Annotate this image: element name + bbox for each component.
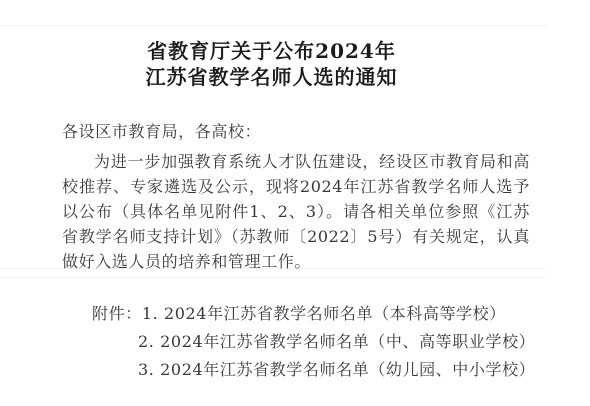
- document-body: 各设区市教育局，各高校： 为进一步加强教育系统人才队伍建设，经设区市教育局和高校…: [62, 121, 530, 274]
- attachment-row: 2. 2024年江苏省教学名师名单（中、高等职业学校）: [92, 328, 532, 356]
- salutation: 各设区市教育局，各高校：: [62, 121, 530, 143]
- attachment-item: 2. 2024年江苏省教学名师名单（中、高等职业学校）: [138, 332, 535, 351]
- document-title-line2: 江苏省教学名师人选的通知: [0, 64, 543, 90]
- document-title-line1: 省教育厅关于公布2024年: [0, 38, 543, 64]
- scan-artifact-line: [0, 277, 545, 278]
- attachments-label: 附件：: [92, 304, 142, 323]
- document-title: 省教育厅关于公布2024年 江苏省教学名师人选的通知: [0, 38, 543, 90]
- attachment-item: 1. 2024年江苏省教学名师名单（本科高等学校）: [142, 304, 506, 323]
- scan-artifact-line: [0, 25, 548, 26]
- attachment-item: 3. 2024年江苏省教学名师名单（幼儿园、中小学校）: [138, 360, 535, 379]
- body-paragraph: 为进一步加强教育系统人才队伍建设，经设区市教育局和高校推荐、专家遴选及公示，现将…: [62, 149, 530, 274]
- attachments-list: 附件：1. 2024年江苏省教学名师名单（本科高等学校） 2. 2024年江苏省…: [92, 300, 532, 384]
- attachment-row: 附件：1. 2024年江苏省教学名师名单（本科高等学校）: [92, 300, 532, 328]
- attachment-row: 3. 2024年江苏省教学名师名单（幼儿园、中小学校）: [92, 356, 532, 384]
- document-page: 省教育厅关于公布2024年 江苏省教学名师人选的通知 各设区市教育局，各高校： …: [0, 0, 590, 406]
